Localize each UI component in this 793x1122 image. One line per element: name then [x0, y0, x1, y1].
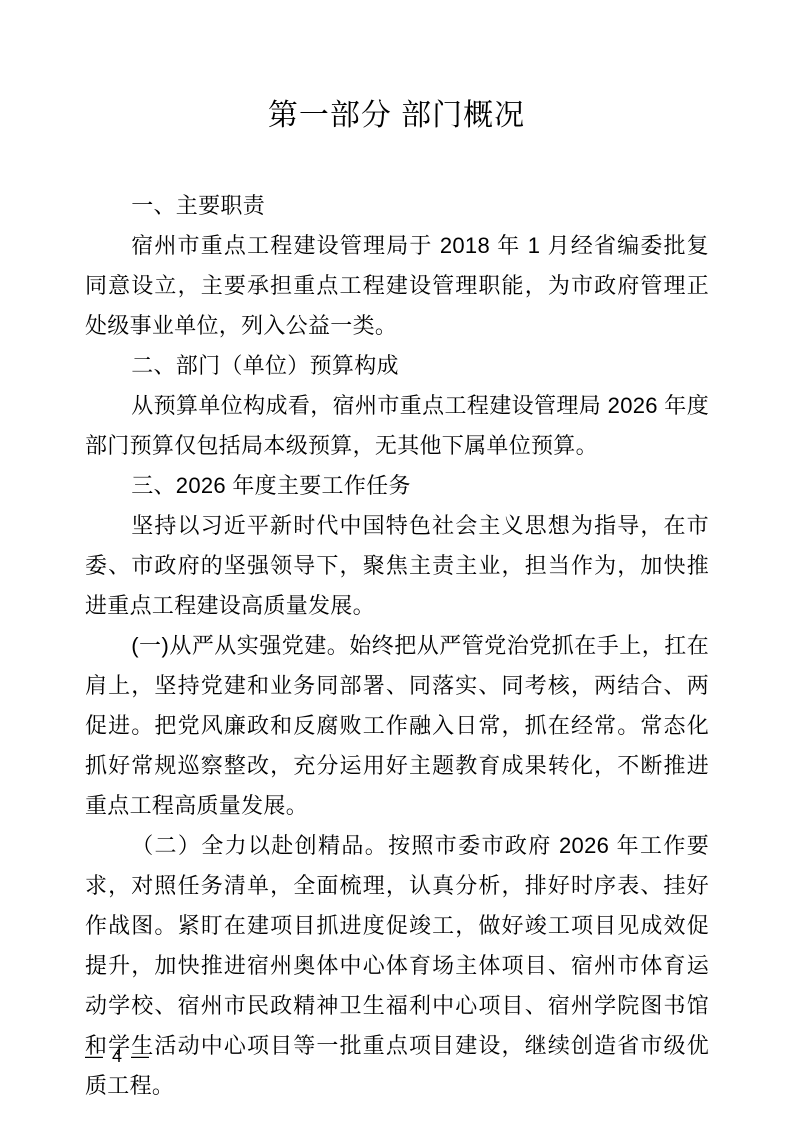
section-2-heading: 二、部门（单位）预算构成 [85, 346, 709, 386]
section-3-paragraph-3: （二）全力以赴创精品。按照市委市政府 2026 年工作要求，对照任务清单，全面梳… [85, 826, 709, 1106]
page-number: — 4 — [85, 1046, 151, 1067]
section-1-heading: 一、主要职责 [85, 186, 709, 226]
section-3-paragraph-2: (一)从严从实强党建。始终把从严管党治党抓在手上，扛在肩上，坚持党建和业务同部署… [85, 626, 709, 826]
page-title: 第一部分 部门概况 [0, 0, 793, 134]
section-2-paragraph-1: 从预算单位构成看，宿州市重点工程建设管理局 2026 年度部门预算仅包括局本级预… [85, 386, 709, 466]
document-body: 一、主要职责 宿州市重点工程建设管理局于 2018 年 1 月经省编委批复同意设… [85, 186, 709, 1106]
section-3-heading: 三、2026 年度主要工作任务 [85, 466, 709, 506]
section-3-paragraph-1: 坚持以习近平新时代中国特色社会主义思想为指导，在市委、市政府的坚强领导下，聚焦主… [85, 506, 709, 626]
section-1-paragraph-1: 宿州市重点工程建设管理局于 2018 年 1 月经省编委批复同意设立，主要承担重… [85, 226, 709, 346]
document-page: 第一部分 部门概况 一、主要职责 宿州市重点工程建设管理局于 2018 年 1 … [0, 0, 793, 1122]
